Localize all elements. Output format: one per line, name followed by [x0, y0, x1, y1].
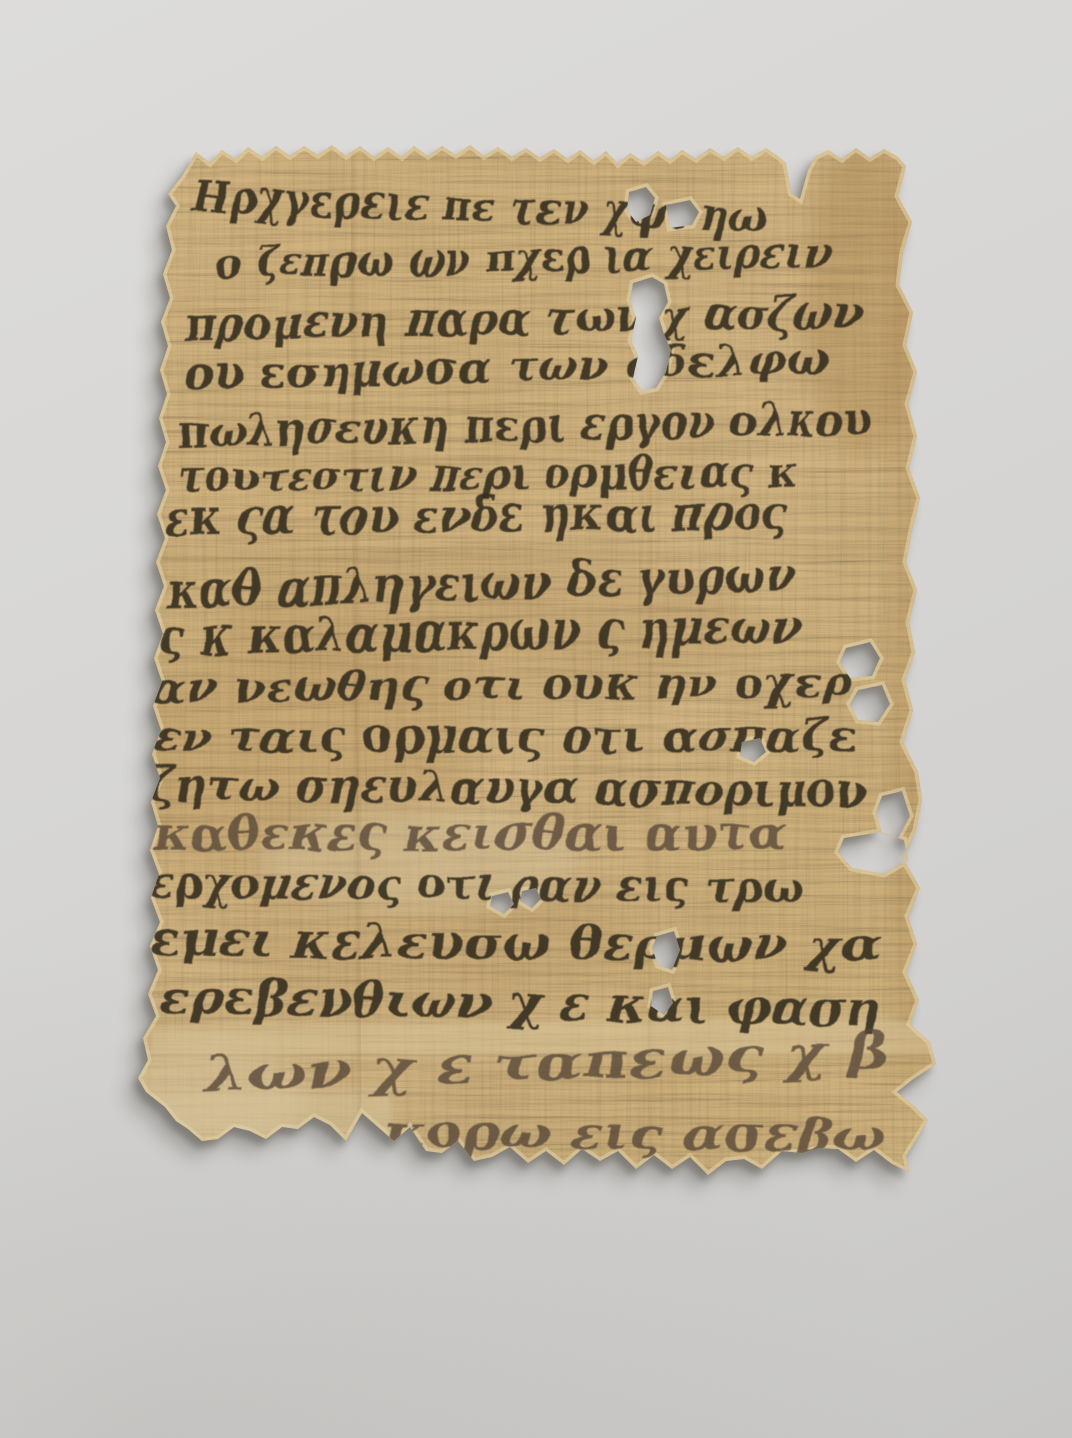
papyrus-text-line-13: καθεκες κεισθαι αυτα	[151, 806, 787, 862]
papyrus-text-line-7: εκ ςα του ενδε ηκαι προς	[163, 483, 789, 547]
papyrus-text-line-2: ο ζεπρω ων πχερ ια χειρειν	[215, 227, 831, 289]
papyrus-text-line-10: αν νεωθης οτι ουκ ην οχερ	[152, 657, 853, 714]
papyrus-photo: Ηρχγερειε πε τεν χψι ηω ο ζεπρω ων πχερ …	[0, 0, 1072, 1438]
greek-handwriting-block: Ηρχγερειε πε τεν χψι ηω ο ζεπρω ων πχερ …	[148, 169, 890, 1162]
photograph-of-papyrus: Ηρχγερειε πε τεν χψι ηω ο ζεπρω ων πχερ …	[0, 0, 1072, 1438]
papyrus-fragment: Ηρχγερειε πε τεν χψι ηω ο ζεπρω ων πχερ …	[115, 130, 950, 1210]
stain-right-edge	[888, 160, 934, 1080]
papyrus-text-line-9: ς κ καλαμακρων ς ημεων	[157, 596, 803, 668]
papyrus-text-line-14: ερχομενος οτι ραν εις τρω	[148, 857, 803, 914]
papyrus-text-line-15: εμει κελευσω θερμων χα	[150, 912, 880, 972]
